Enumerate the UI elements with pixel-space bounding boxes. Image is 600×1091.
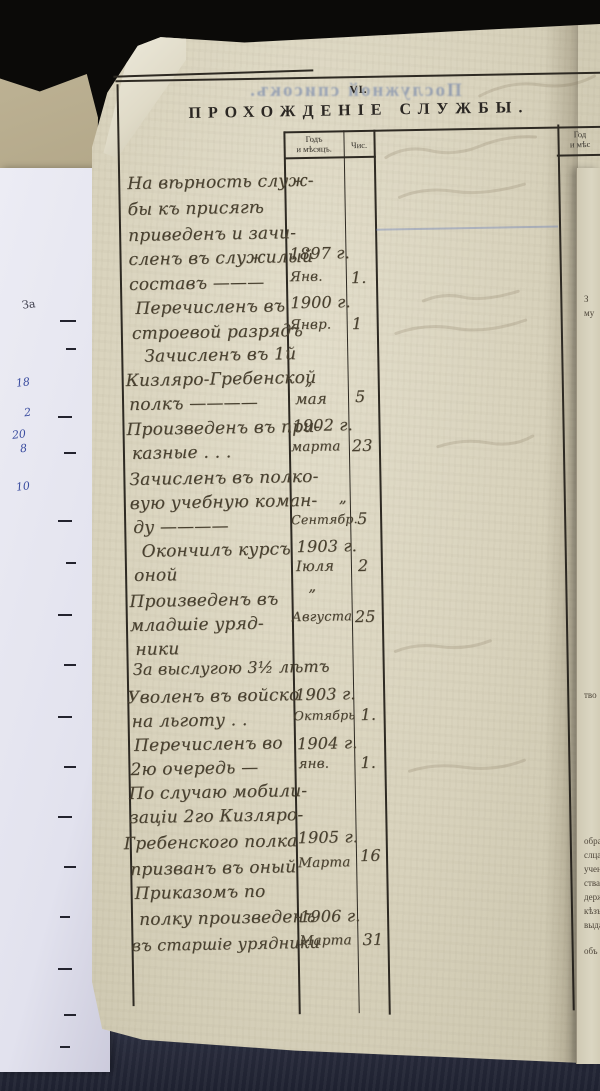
service-entry-line: Гребенского полка bbox=[124, 831, 298, 854]
service-entry-line: Произведенъ въ bbox=[129, 589, 278, 612]
service-entry-line: 2ю очередь — bbox=[130, 758, 258, 780]
entry-month: Марта bbox=[298, 854, 351, 871]
service-entry-line: По случаю мобили- bbox=[129, 781, 308, 804]
service-entry-line: на льготу . . bbox=[131, 710, 247, 732]
service-entry-line: Перечисленъ во bbox=[134, 733, 283, 756]
entry-year: 1903 г. bbox=[295, 684, 356, 704]
service-entry-line: сленъ въ служилый bbox=[128, 247, 313, 270]
service-entry-line: младшіе уряд- bbox=[130, 614, 264, 636]
entry-month: Марта bbox=[299, 932, 352, 949]
entry-day: 1. bbox=[351, 268, 367, 287]
service-entry-line: оной bbox=[134, 565, 178, 586]
service-entry-line: Окончилъ курсъ bbox=[142, 539, 291, 562]
scanned-document: За 18 2 20 8 10 Послужной списокъ. VI. П… bbox=[0, 0, 600, 1091]
entry-month: марта bbox=[291, 438, 341, 455]
entry-year: 1906 г. bbox=[300, 906, 361, 926]
service-entry-line: составъ ——— bbox=[129, 273, 265, 295]
service-entry-line: приведенъ и зачи- bbox=[128, 223, 296, 246]
entry-year: 1897 г. bbox=[289, 243, 350, 263]
next-page-text-fragment: З bbox=[584, 294, 589, 304]
next-page-text-fragment: держ bbox=[584, 892, 600, 902]
entry-month: Октябрь bbox=[293, 707, 355, 723]
service-entry-line: полку произведенъ bbox=[139, 907, 316, 930]
next-page-text-fragment: объ bbox=[584, 946, 598, 956]
entry-day: 1 bbox=[352, 314, 363, 333]
entry-year-ditto: „ bbox=[308, 577, 316, 595]
entry-year: 1903 г. bbox=[296, 536, 357, 556]
service-entry-line: Приказомъ по bbox=[134, 882, 265, 904]
service-entry-line: вую учебную коман- bbox=[130, 491, 318, 514]
entry-day: 23 bbox=[352, 436, 373, 455]
service-entry-line: Зачисленъ въ полко- bbox=[129, 467, 318, 490]
service-entry-line: ники bbox=[135, 639, 179, 660]
entry-year: 1904 г. bbox=[297, 733, 358, 753]
service-entry-line: полкъ ———— bbox=[129, 393, 258, 415]
entry-month: Янвр. bbox=[290, 317, 332, 334]
service-entry-line: Перечисленъ въ bbox=[135, 296, 285, 319]
next-page-text-fragment: ства bbox=[584, 878, 600, 888]
service-entry-line: Уволенъ въ войско bbox=[127, 685, 300, 708]
entry-month: Августа bbox=[292, 609, 353, 625]
next-page-text-fragment: учен bbox=[584, 864, 600, 874]
entry-day: 5 bbox=[355, 387, 366, 406]
service-entry-line: На вѣрность служ- bbox=[127, 171, 314, 194]
service-entry-line: казные . . . bbox=[132, 442, 232, 464]
service-entry-line: строевой разрядъ bbox=[132, 321, 303, 344]
entry-day: 31 bbox=[362, 930, 383, 949]
entry-day: 5 bbox=[357, 509, 368, 528]
service-entry-line: За выслугою 3½ лѣтъ bbox=[133, 657, 330, 679]
service-entry-line: Зачисленъ въ 1й bbox=[144, 344, 296, 367]
entry-day: 16 bbox=[360, 846, 381, 865]
entry-month: Сентябр. bbox=[291, 511, 358, 527]
entry-year: 1905 г. bbox=[298, 827, 359, 847]
next-page-text-fragment: обра bbox=[584, 836, 600, 846]
next-page-text-fragment: тво bbox=[584, 690, 597, 700]
next-page-text-fragment: кѣзъ bbox=[584, 906, 600, 916]
service-entry-line: въ старшіе урядники bbox=[131, 933, 320, 955]
entry-year-ditto: „ bbox=[305, 371, 313, 389]
service-entry-line: заціи 2го Кизляро- bbox=[129, 805, 303, 828]
entry-day: 1. bbox=[360, 705, 376, 724]
ink-layer: VI. ПРОХОЖДЕНІЕ СЛУЖБЫ. Годъ и мѣсяцъ. Ч… bbox=[0, 0, 600, 1091]
service-entry-line: ду ———— bbox=[133, 516, 229, 538]
entry-month: янв. bbox=[298, 756, 329, 773]
entry-day: 25 bbox=[355, 607, 376, 626]
entry-day: 2 bbox=[358, 556, 369, 575]
entry-day: 1. bbox=[360, 753, 376, 772]
next-page-text-fragment: слца bbox=[584, 850, 600, 860]
entry-year-ditto: „ bbox=[339, 488, 347, 506]
next-page-text-fragment: му bbox=[584, 308, 594, 318]
next-page-strip: З му тво обра слца учен ства держ кѣзъ в… bbox=[576, 168, 600, 1064]
entry-year: 1902 г. bbox=[292, 415, 353, 435]
entry-month: Янв. bbox=[290, 269, 323, 286]
entry-month: Іюля bbox=[296, 559, 334, 576]
entry-year: 1900 г. bbox=[290, 292, 351, 312]
entry-month: мая bbox=[295, 390, 327, 409]
next-page-text-fragment: выда bbox=[584, 920, 600, 930]
service-entry-line: Кизляро-Гребенской bbox=[126, 368, 317, 391]
service-entry-line: бы къ присягѣ bbox=[128, 198, 265, 220]
service-entry-line: призванъ въ оный bbox=[130, 857, 296, 880]
